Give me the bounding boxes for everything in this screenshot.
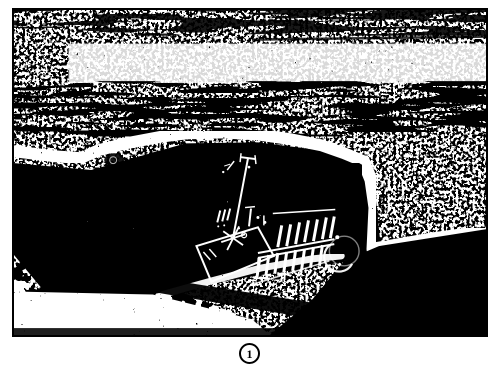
figure-number-badge: 1 bbox=[239, 343, 260, 364]
rim-dark-object bbox=[104, 153, 124, 167]
bottom-shadow-strip bbox=[14, 328, 486, 335]
figure-number: 1 bbox=[247, 348, 253, 360]
pit-photo bbox=[12, 8, 488, 337]
halftone-scene bbox=[14, 10, 486, 335]
page: { "figure": { "caption_number": "1", "su… bbox=[0, 0, 500, 368]
terrain-dark-strip bbox=[14, 10, 486, 36]
terrain-bright-band bbox=[69, 44, 486, 84]
